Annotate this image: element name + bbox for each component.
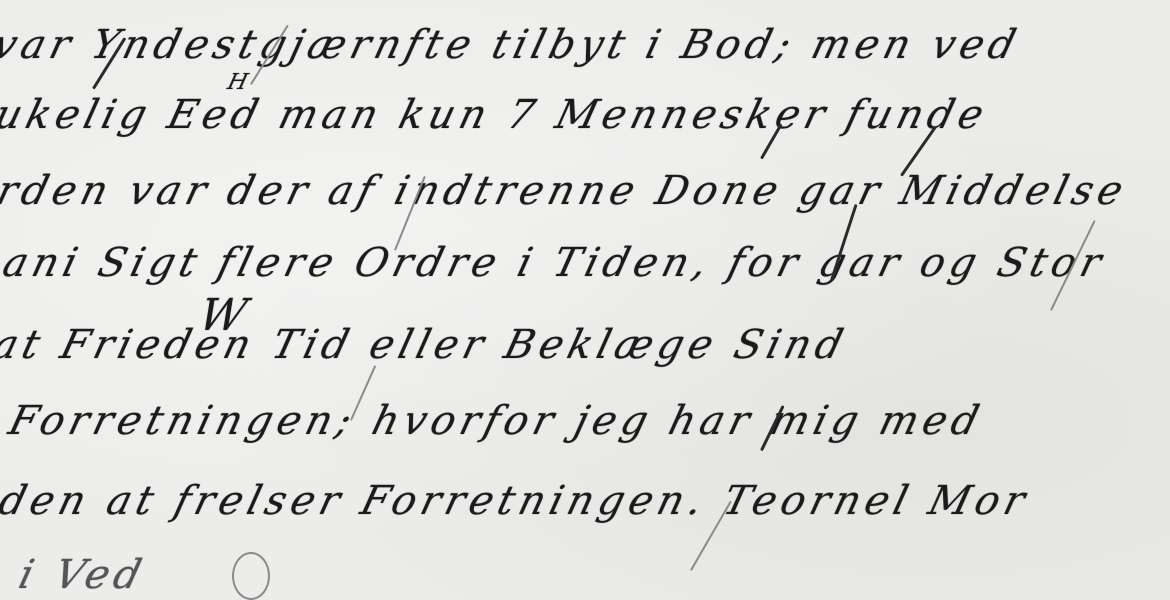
manuscript-line-7: den at frelser Forretningen. Teornel Mor bbox=[0, 478, 1035, 524]
pen-loop bbox=[232, 552, 270, 600]
manuscript-line-6: Forretningen; hvorfor jeg har mig med bbox=[4, 398, 988, 444]
manuscript-line-8: i Ved bbox=[14, 552, 150, 598]
manuscript-line-3: rden var der af indtrenne Done gar Midde… bbox=[0, 168, 1133, 214]
manuscript-line-1: var Yndestgjærnfte tilbyt i Bod; men ved bbox=[0, 22, 1025, 68]
manuscript-line-5: at Frieden Tid eller Beklæge Sind bbox=[0, 322, 852, 368]
manuscript-page: var Yndestgjærnfte tilbyt i Bod; men ved… bbox=[0, 0, 1170, 600]
manuscript-line-4: ani Sigt flere Ordre i Tiden, for gar og… bbox=[0, 240, 1111, 286]
manuscript-line-2: ukelig Eed man kun 7 Mennesker funde bbox=[0, 92, 993, 138]
